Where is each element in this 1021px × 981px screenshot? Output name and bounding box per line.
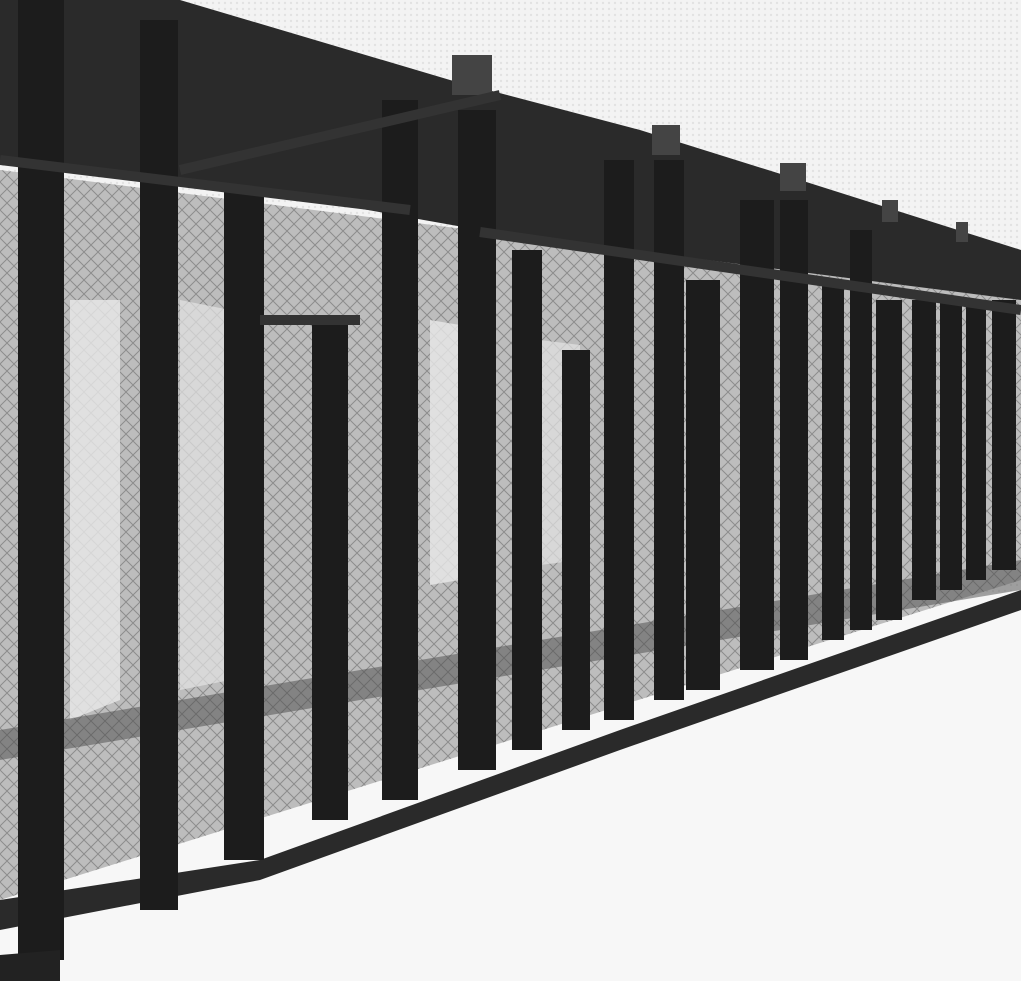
roof-vent — [652, 125, 680, 155]
cage-row-scene — [0, 0, 1021, 981]
back-opening — [70, 300, 120, 720]
back-opening — [180, 300, 230, 690]
roof-vent — [956, 222, 968, 242]
roof-vent — [882, 200, 898, 222]
back-opening — [430, 320, 460, 585]
roof-vent — [780, 163, 806, 191]
roof-vent — [452, 55, 492, 95]
front-rail — [0, 950, 60, 981]
photograph — [0, 0, 1021, 981]
